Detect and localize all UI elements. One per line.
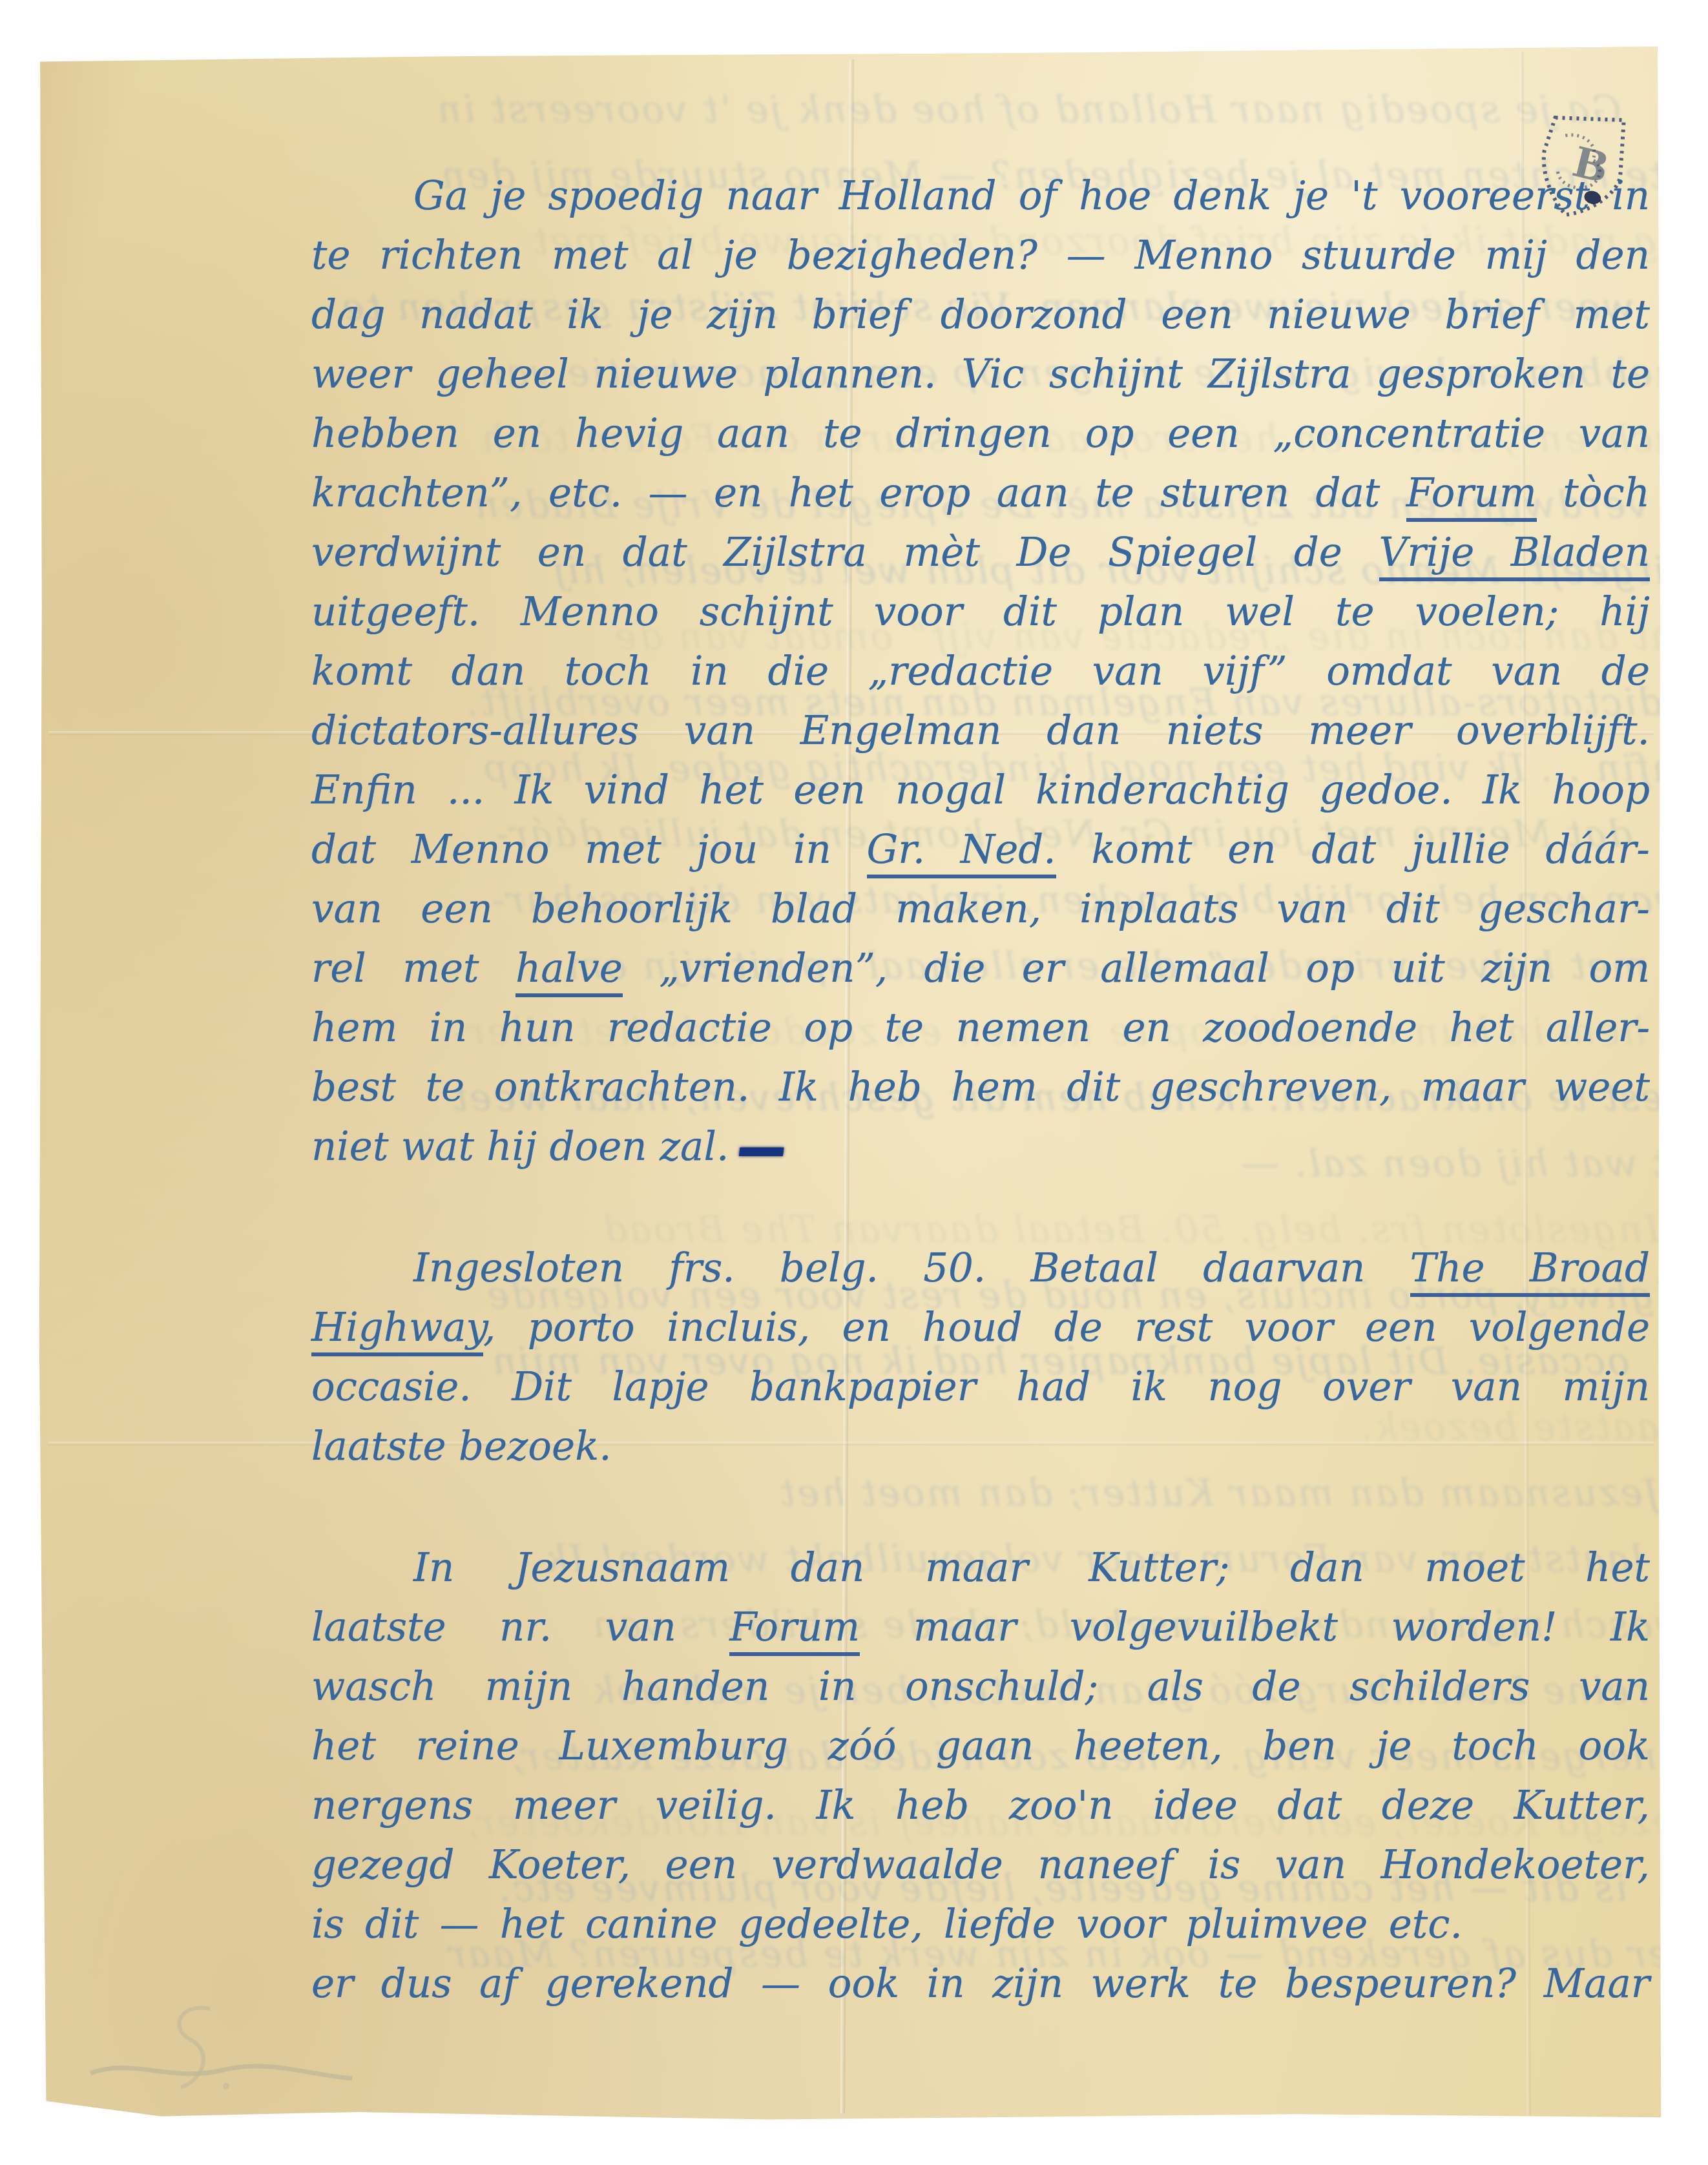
text-segment: komt en dat jullie dáár- bbox=[1056, 827, 1650, 873]
heavy-dash: — bbox=[736, 1091, 786, 1204]
text-segment: weer geheel nieuwe plannen. Vic schijnt … bbox=[311, 351, 1650, 397]
text-segment: dat Menno met jou in bbox=[311, 827, 867, 873]
letter-line: best te ontkrachten. Ik heb hem dit gesc… bbox=[311, 1058, 1650, 1117]
letter-line: In Jezusnaam dan maar Kutter; dan moet h… bbox=[311, 1538, 1650, 1598]
text-segment: het reine Luxemburg zóó gaan heeten, ben… bbox=[311, 1723, 1650, 1769]
letter-line: Ingesloten frs. belg. 50. Betaal daarvan… bbox=[311, 1239, 1650, 1298]
letter-line: Enfin ... Ik vind het een nogal kinderac… bbox=[311, 761, 1650, 820]
text-segment: verdwijnt en dat Zijlstra mèt De Spiegel… bbox=[311, 530, 1379, 575]
letter-line: gezegd Koeter, een verdwaalde naneef is … bbox=[311, 1836, 1650, 1895]
underlined-word: Forum bbox=[1406, 470, 1537, 522]
text-segment: nergens meer veilig. Ik heb zoo'n idee d… bbox=[311, 1783, 1650, 1828]
text-segment: er dus af gerekend — ook in zijn werk te… bbox=[311, 1961, 1650, 2007]
underlined-word: Gr. Ned. bbox=[867, 827, 1056, 878]
letter-line: laatste nr. van Forum maar volgevuilbekt… bbox=[311, 1598, 1650, 1657]
text-segment: tòch bbox=[1537, 470, 1650, 516]
letter-line: nergens meer veilig. Ik heb zoo'n idee d… bbox=[311, 1776, 1650, 1836]
text-segment: , porto incluis, en houd de rest voor ee… bbox=[483, 1305, 1650, 1351]
letter-line: krachten”, etc. — en het erop aan te stu… bbox=[311, 464, 1650, 523]
letter-line: hebben en hevig aan te dringen op een „c… bbox=[311, 404, 1650, 464]
paragraph: Ingesloten frs. belg. 50. Betaal daarvan… bbox=[311, 1239, 1650, 1476]
text-segment: Ga je spoedig naar Holland of hoe denk j… bbox=[413, 173, 1650, 219]
letter-line: dat Menno met jou in Gr. Ned. komt en da… bbox=[311, 820, 1650, 880]
text-segment: Ingesloten frs. belg. 50. Betaal daarvan bbox=[413, 1245, 1410, 1291]
letter-line: verdwijnt en dat Zijlstra mèt De Spiegel… bbox=[311, 523, 1650, 583]
text-segment: hem in hun redactie op te nemen en zoodo… bbox=[311, 1005, 1650, 1051]
text-segment: van een behoorlijk blad maken, inplaats … bbox=[311, 886, 1650, 932]
text-segment: dictators-allures van Engelman dan niets… bbox=[311, 708, 1650, 754]
letter-line: weer geheel nieuwe plannen. Vic schijnt … bbox=[311, 345, 1650, 404]
letter-body: Ga je spoedig naar Holland of hoe denk j… bbox=[311, 167, 1650, 2014]
text-segment: krachten”, etc. — en het erop aan te stu… bbox=[311, 470, 1406, 516]
text-segment: komt dan toch in die „redactie van vijf”… bbox=[311, 648, 1650, 694]
paragraph: Ga je spoedig naar Holland of hoe denk j… bbox=[311, 167, 1650, 1177]
text-segment: best te ontkrachten. Ik heb hem dit gesc… bbox=[311, 1064, 1650, 1110]
ghost-line: Ga je spoedig naar Holland of hoe denk j… bbox=[58, 87, 1621, 131]
text-segment: te richten met al je bezigheden? — Menno… bbox=[311, 233, 1650, 278]
letter-line: wasch mijn handen in onschuld; als de sc… bbox=[311, 1657, 1650, 1717]
text-segment: In Jezusnaam dan maar Kutter; dan moet h… bbox=[413, 1545, 1650, 1591]
text-segment: occasie. Dit lapje bankpapier had ik nog… bbox=[311, 1364, 1650, 1410]
letter-line: Ga je spoedig naar Holland of hoe denk j… bbox=[311, 167, 1650, 226]
text-segment: rel met bbox=[311, 946, 516, 991]
letter-line: niet wat hij doen zal. — bbox=[311, 1117, 1650, 1177]
text-segment: Enfin ... Ik vind het een nogal kinderac… bbox=[311, 767, 1650, 813]
text-segment: uitgeeft. Menno schijnt voor dit plan we… bbox=[311, 589, 1650, 635]
underlined-word: Forum bbox=[729, 1604, 860, 1656]
pencil-smudge bbox=[74, 1996, 384, 2138]
text-segment: laatste bezoek. bbox=[311, 1424, 612, 1469]
underlined-word: Highway bbox=[311, 1305, 483, 1356]
underlined-word: The Broad bbox=[1410, 1245, 1650, 1297]
letter-line: Highway, porto incluis, en houd de rest … bbox=[311, 1298, 1650, 1358]
letter-line: er dus af gerekend — ook in zijn werk te… bbox=[311, 1954, 1650, 2014]
letter-line: het reine Luxemburg zóó gaan heeten, ben… bbox=[311, 1717, 1650, 1776]
letter-line: occasie. Dit lapje bankpapier had ik nog… bbox=[311, 1358, 1650, 1417]
letter-line: hem in hun redactie op te nemen en zoodo… bbox=[311, 999, 1650, 1058]
letter-page: Ga je spoedig naar Holland of hoe denk j… bbox=[0, 0, 1708, 2165]
text-segment: is dit — het canine gedeelte, liefde voo… bbox=[311, 1901, 1463, 1947]
paragraph: In Jezusnaam dan maar Kutter; dan moet h… bbox=[311, 1538, 1650, 2014]
letter-line: laatste bezoek. bbox=[311, 1417, 1650, 1476]
underlined-word: halve bbox=[516, 946, 623, 997]
letter-line: is dit — het canine gedeelte, liefde voo… bbox=[311, 1895, 1463, 1954]
text-segment: hebben en hevig aan te dringen op een „c… bbox=[311, 411, 1650, 457]
text-segment: niet wat hij doen zal. bbox=[311, 1124, 742, 1170]
text-segment: laatste nr. van bbox=[311, 1604, 729, 1650]
text-segment: „vrienden”, die er allemaal op uit zijn … bbox=[623, 946, 1650, 991]
underlined-word: Vrije Bladen bbox=[1379, 530, 1650, 581]
letter-line: rel met halve „vrienden”, die er allemaa… bbox=[311, 939, 1650, 999]
text-segment: gezegd Koeter, een verdwaalde naneef is … bbox=[311, 1842, 1650, 1888]
scan-background: { "page": { "background_color": "#ffffff… bbox=[0, 0, 1708, 2165]
letter-line: komt dan toch in die „redactie van vijf”… bbox=[311, 642, 1650, 701]
letter-line: uitgeeft. Menno schijnt voor dit plan we… bbox=[311, 583, 1650, 642]
letter-line: van een behoorlijk blad maken, inplaats … bbox=[311, 880, 1650, 939]
text-segment: maar volgevuilbekt worden! Ik bbox=[860, 1604, 1650, 1650]
letter-line: te richten met al je bezigheden? — Menno… bbox=[311, 226, 1650, 285]
letter-line: dag nadat ik je zijn brief doorzond een … bbox=[311, 285, 1650, 345]
text-segment: wasch mijn handen in onschuld; als de sc… bbox=[311, 1664, 1650, 1710]
text-segment: dag nadat ik je zijn brief doorzond een … bbox=[311, 292, 1650, 338]
letter-line: dictators-allures van Engelman dan niets… bbox=[311, 701, 1650, 761]
